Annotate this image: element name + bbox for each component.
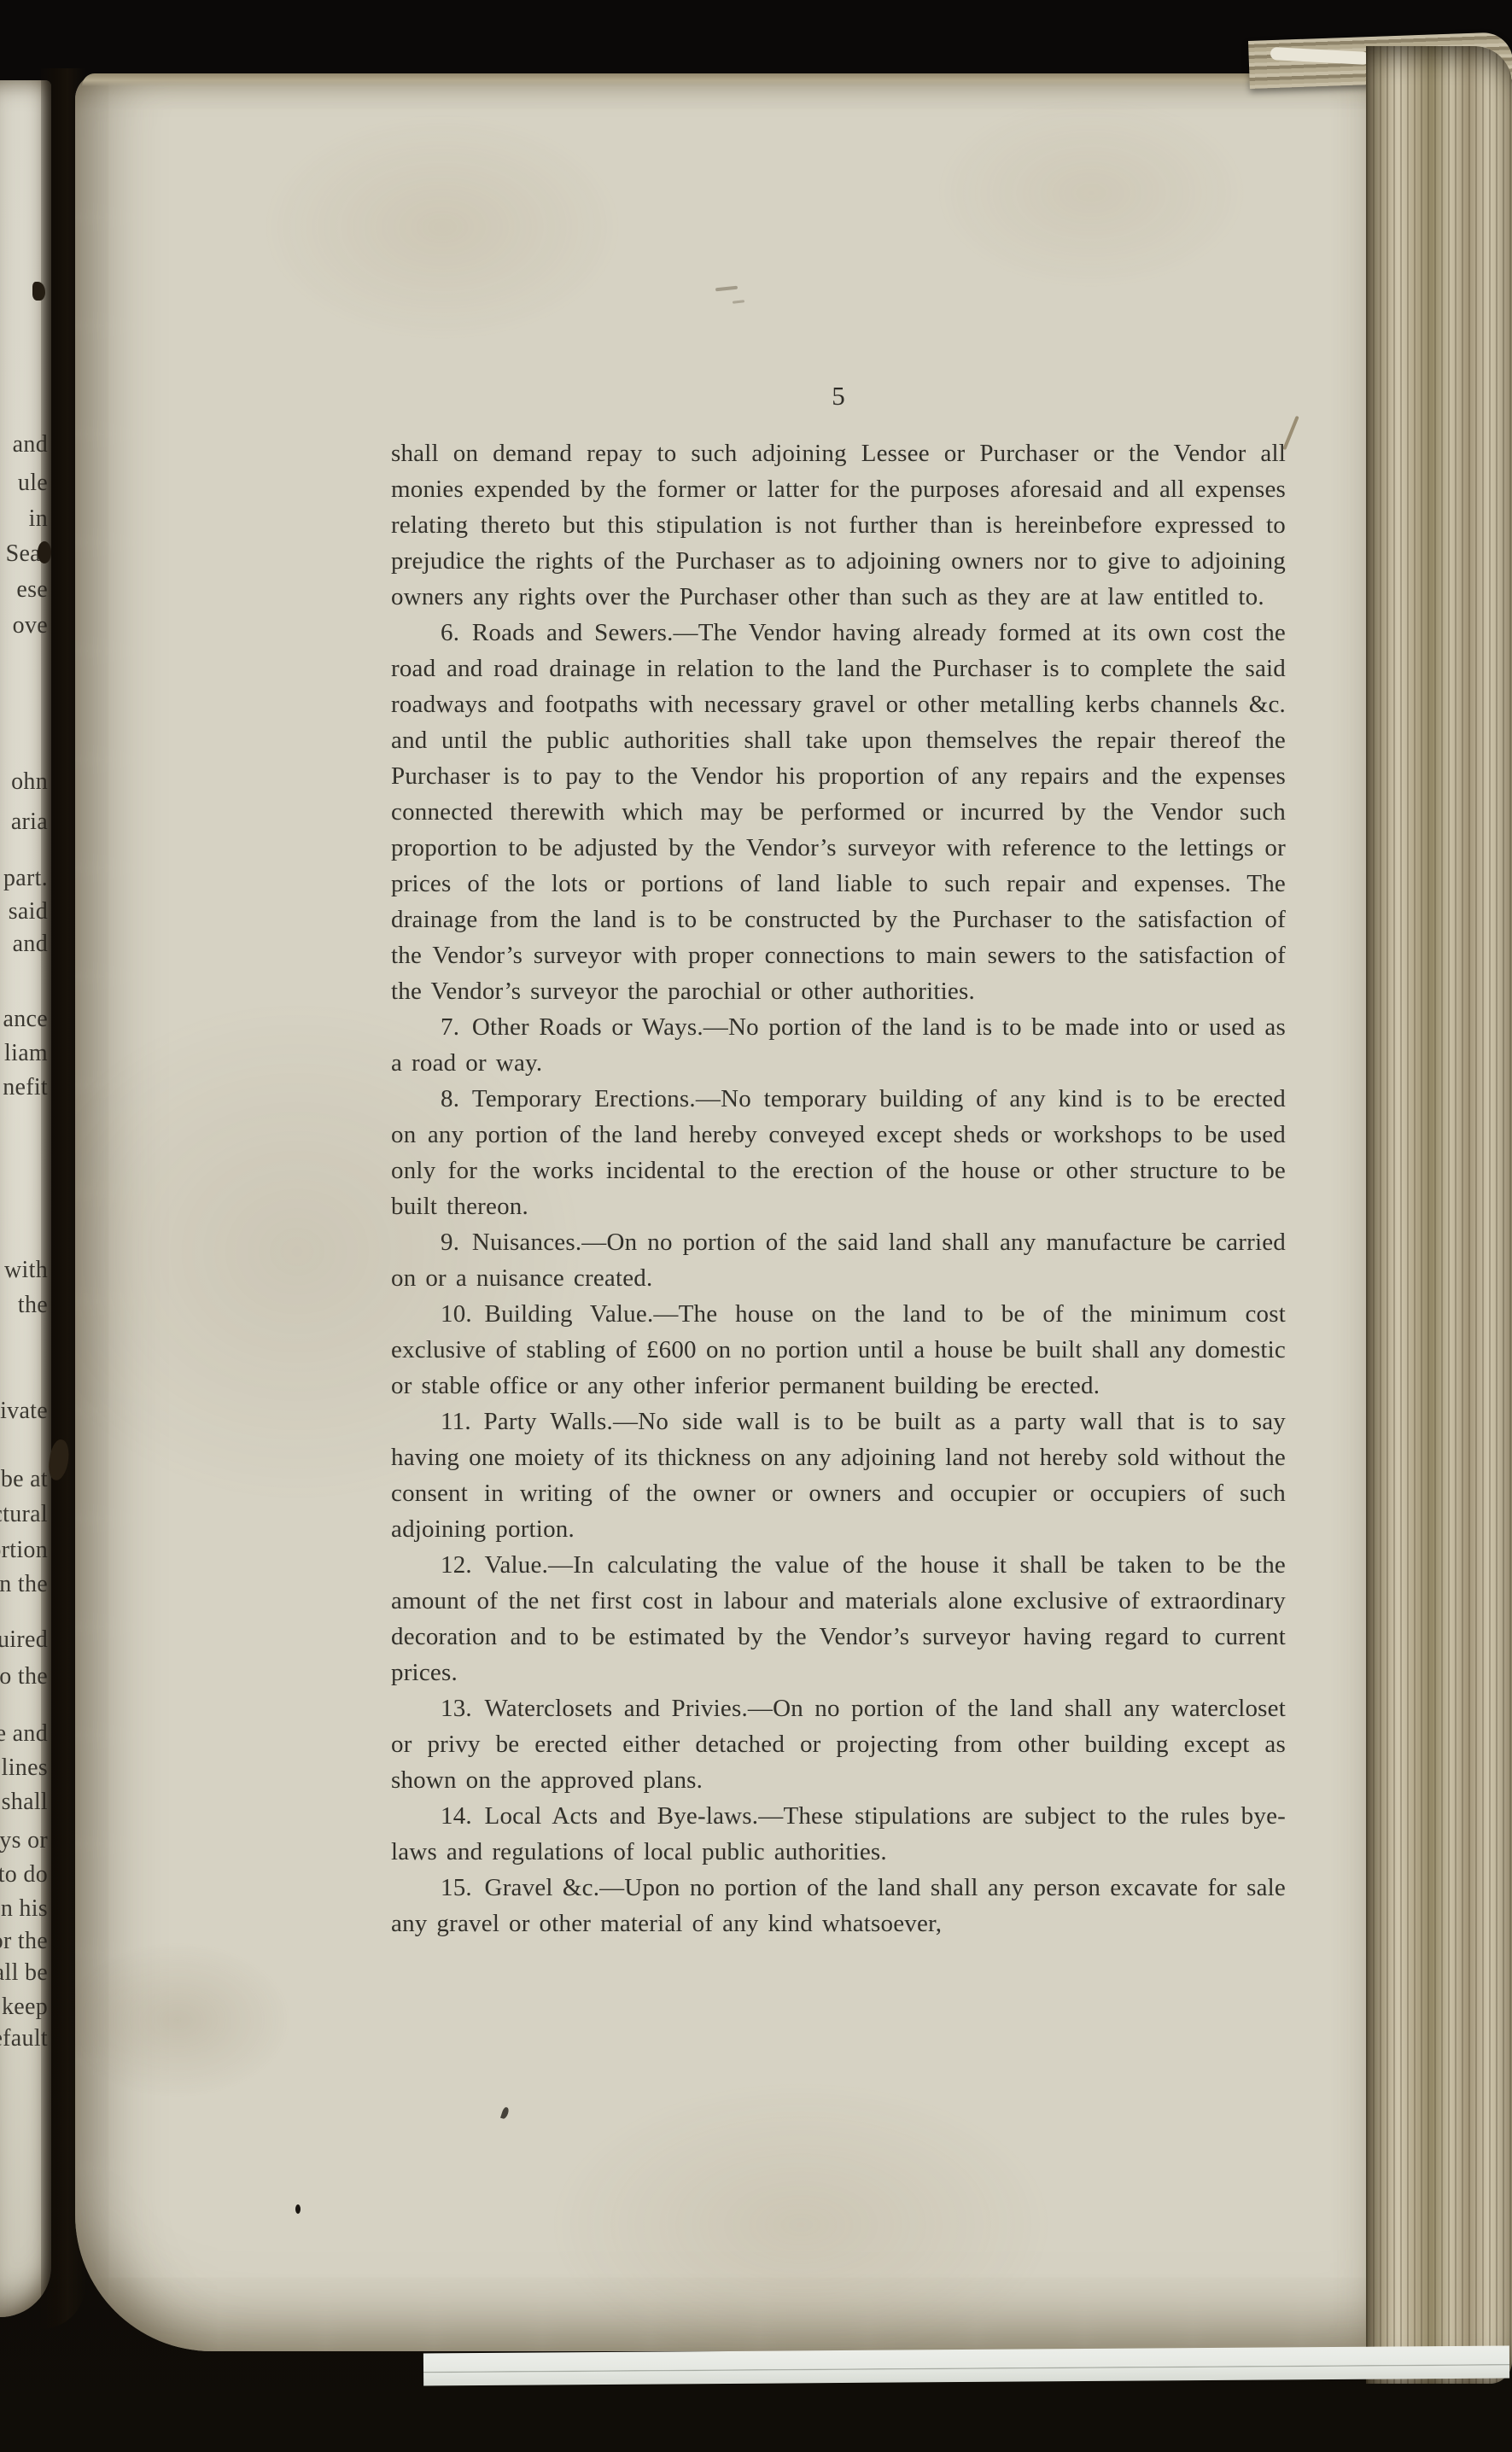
paragraph-clause-9: 9. Nuisances.—On no portion of the said … — [391, 1224, 1286, 1296]
paragraph-clause-15: 15. Gravel &c.—Upon no portion of the la… — [391, 1870, 1286, 1941]
page-number: 5 — [391, 381, 1286, 412]
document-text: shall on demand repay to such adjoining … — [391, 435, 1286, 1941]
paragraph-clause-8: 8. Temporary Erections.—No temporary bui… — [391, 1081, 1286, 1224]
paragraph-clause-14: 14. Local Acts and Bye-laws.—These stipu… — [391, 1798, 1286, 1870]
paragraph-clause-7: 7. Other Roads or Ways.—No portion of th… — [391, 1009, 1286, 1081]
bottom-page-edge — [423, 2346, 1509, 2386]
paragraph-clause-10: 10. Building Value.—The house on the lan… — [391, 1296, 1286, 1404]
paragraph-continuation: shall on demand repay to such adjoining … — [391, 435, 1286, 615]
paragraph-clause-6: 6. Roads and Sewers.—The Vendor having a… — [391, 615, 1286, 1009]
paragraph-clause-12: 12. Value.—In calculating the value of t… — [391, 1547, 1286, 1690]
gutter-blot — [38, 541, 51, 563]
ink-speck — [295, 2204, 301, 2214]
book-scan-photo: anduleinSealeseoveohnariapart.saidandanc… — [0, 0, 1512, 2452]
book-page: 5 shall on demand repay to such adjoinin… — [75, 73, 1383, 2351]
paragraph-clause-11: 11. Party Walls.—No side wall is to be b… — [391, 1404, 1286, 1547]
gutter-blot — [32, 282, 45, 301]
paragraph-clause-13: 13. Waterclosets and Privies.—On no port… — [391, 1690, 1286, 1798]
fore-edge-page-stack — [1366, 46, 1512, 2384]
